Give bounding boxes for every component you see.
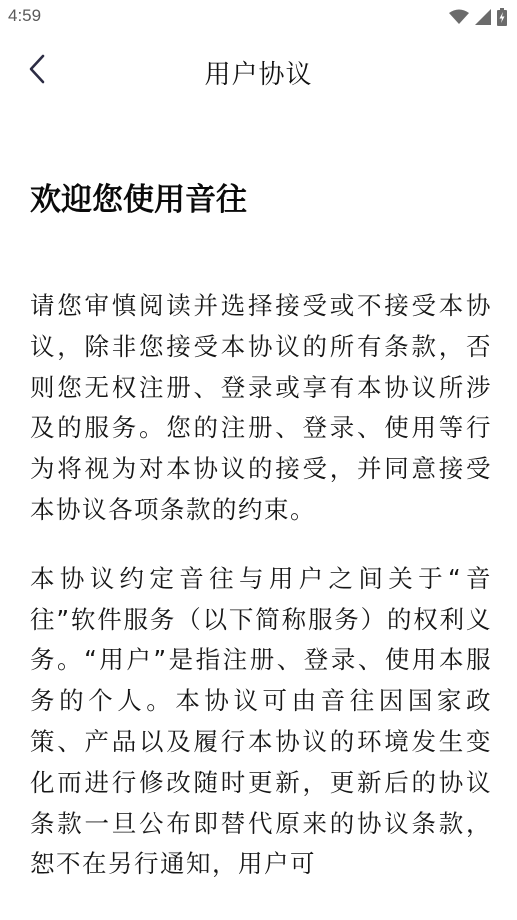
page-title: 用户协议 — [0, 54, 517, 91]
wifi-icon — [449, 9, 469, 25]
agreement-paragraph: 本协议约定音往与用户之间关于“音往”软件服务（以下简称服务）的权利义务。“用户”… — [30, 559, 492, 885]
content-heading: 欢迎您使用音往 — [30, 178, 492, 222]
agreement-content: 欢迎您使用音往 请您审慎阅读并选择接受或不接受本协议，除非您接受本协议的所有条款… — [30, 178, 492, 885]
status-time: 4:59 — [8, 6, 41, 26]
battery-charging-icon — [497, 8, 507, 26]
status-bar: 4:59 — [0, 0, 517, 36]
cellular-signal-icon — [475, 9, 491, 25]
agreement-paragraph: 请您审慎阅读并选择接受或不接受本协议，除非您接受本协议的所有条款，否则您无权注册… — [30, 286, 492, 531]
nav-bar: 用户协议 — [0, 40, 517, 102]
status-icons — [449, 8, 507, 26]
